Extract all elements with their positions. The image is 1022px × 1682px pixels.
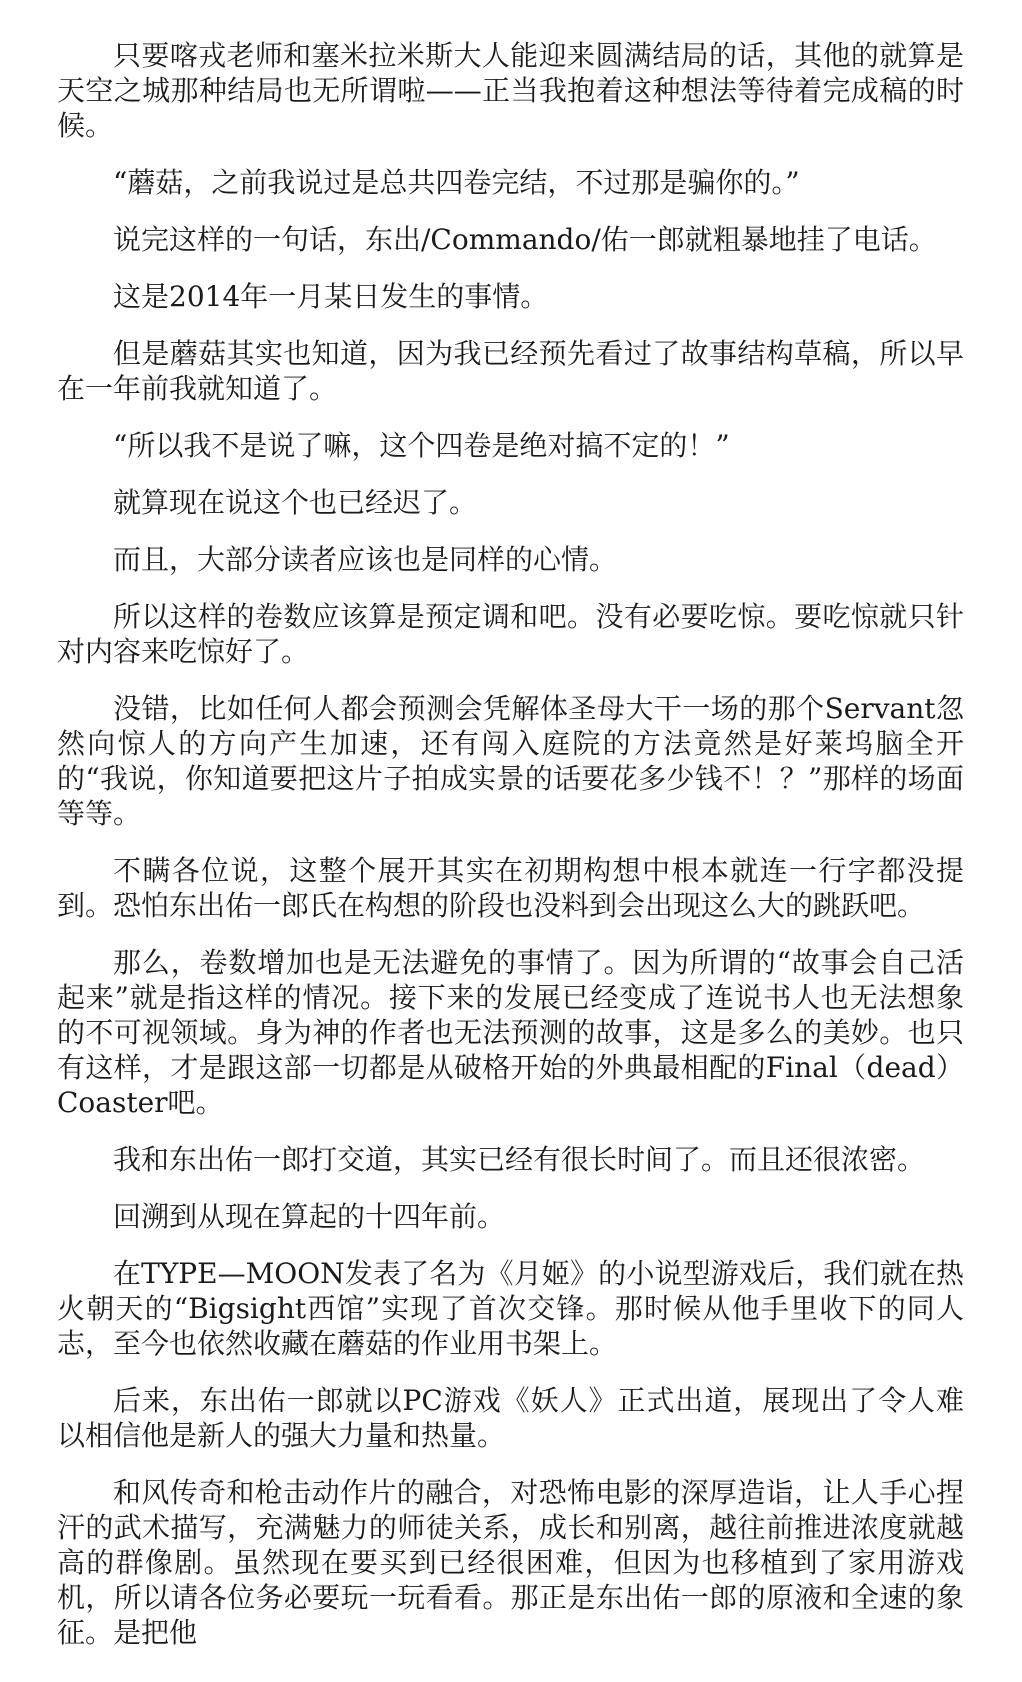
paragraph: “蘑菇，之前我说过是总共四卷完结，不过那是骗你的。”	[57, 165, 964, 200]
paragraph: 后来，东出佑一郎就以PC游戏《妖人》正式出道，展现出了令人难以相信他是新人的强大…	[57, 1383, 964, 1453]
paragraph: 所以这样的卷数应该算是预定调和吧。没有必要吃惊。要吃惊就只针对内容来吃惊好了。	[57, 599, 964, 669]
paragraph: 和风传奇和枪击动作片的融合，对恐怖电影的深厚造诣，让人手心捏汗的武术描写，充满魅…	[57, 1475, 964, 1650]
paragraph: 这是2014年一月某日发生的事情。	[57, 279, 964, 314]
paragraph: “所以我不是说了嘛，这个四卷是绝对搞不定的！”	[57, 428, 964, 463]
paragraph: 说完这样的一句话，东出/Commando/佑一郎就粗暴地挂了电话。	[57, 222, 964, 257]
paragraph: 只要喀戎老师和塞米拉米斯大人能迎来圆满结局的话，其他的就算是天空之城那种结局也无…	[57, 38, 964, 143]
paragraph: 但是蘑菇其实也知道，因为我已经预先看过了故事结构草稿，所以早在一年前我就知道了。	[57, 336, 964, 406]
paragraph: 那么，卷数增加也是无法避免的事情了。因为所谓的“故事会自己活起来”就是指这样的情…	[57, 945, 964, 1120]
paragraph: 回溯到从现在算起的十四年前。	[57, 1199, 964, 1234]
document-page: 只要喀戎老师和塞米拉米斯大人能迎来圆满结局的话，其他的就算是天空之城那种结局也无…	[0, 0, 1022, 1682]
paragraph: 没错，比如任何人都会预测会凭解体圣母大干一场的那个Servant忽然向惊人的方向…	[57, 691, 964, 831]
paragraph: 就算现在说这个也已经迟了。	[57, 485, 964, 520]
paragraph: 在TYPE—MOON发表了名为《月姬》的小说型游戏后，我们就在热火朝天的“Big…	[57, 1256, 964, 1361]
paragraph: 而且，大部分读者应该也是同样的心情。	[57, 542, 964, 577]
paragraph: 不瞒各位说，这整个展开其实在初期构想中根本就连一行字都没提到。恐怕东出佑一郎氏在…	[57, 853, 964, 923]
paragraph: 我和东出佑一郎打交道，其实已经有很长时间了。而且还很浓密。	[57, 1142, 964, 1177]
